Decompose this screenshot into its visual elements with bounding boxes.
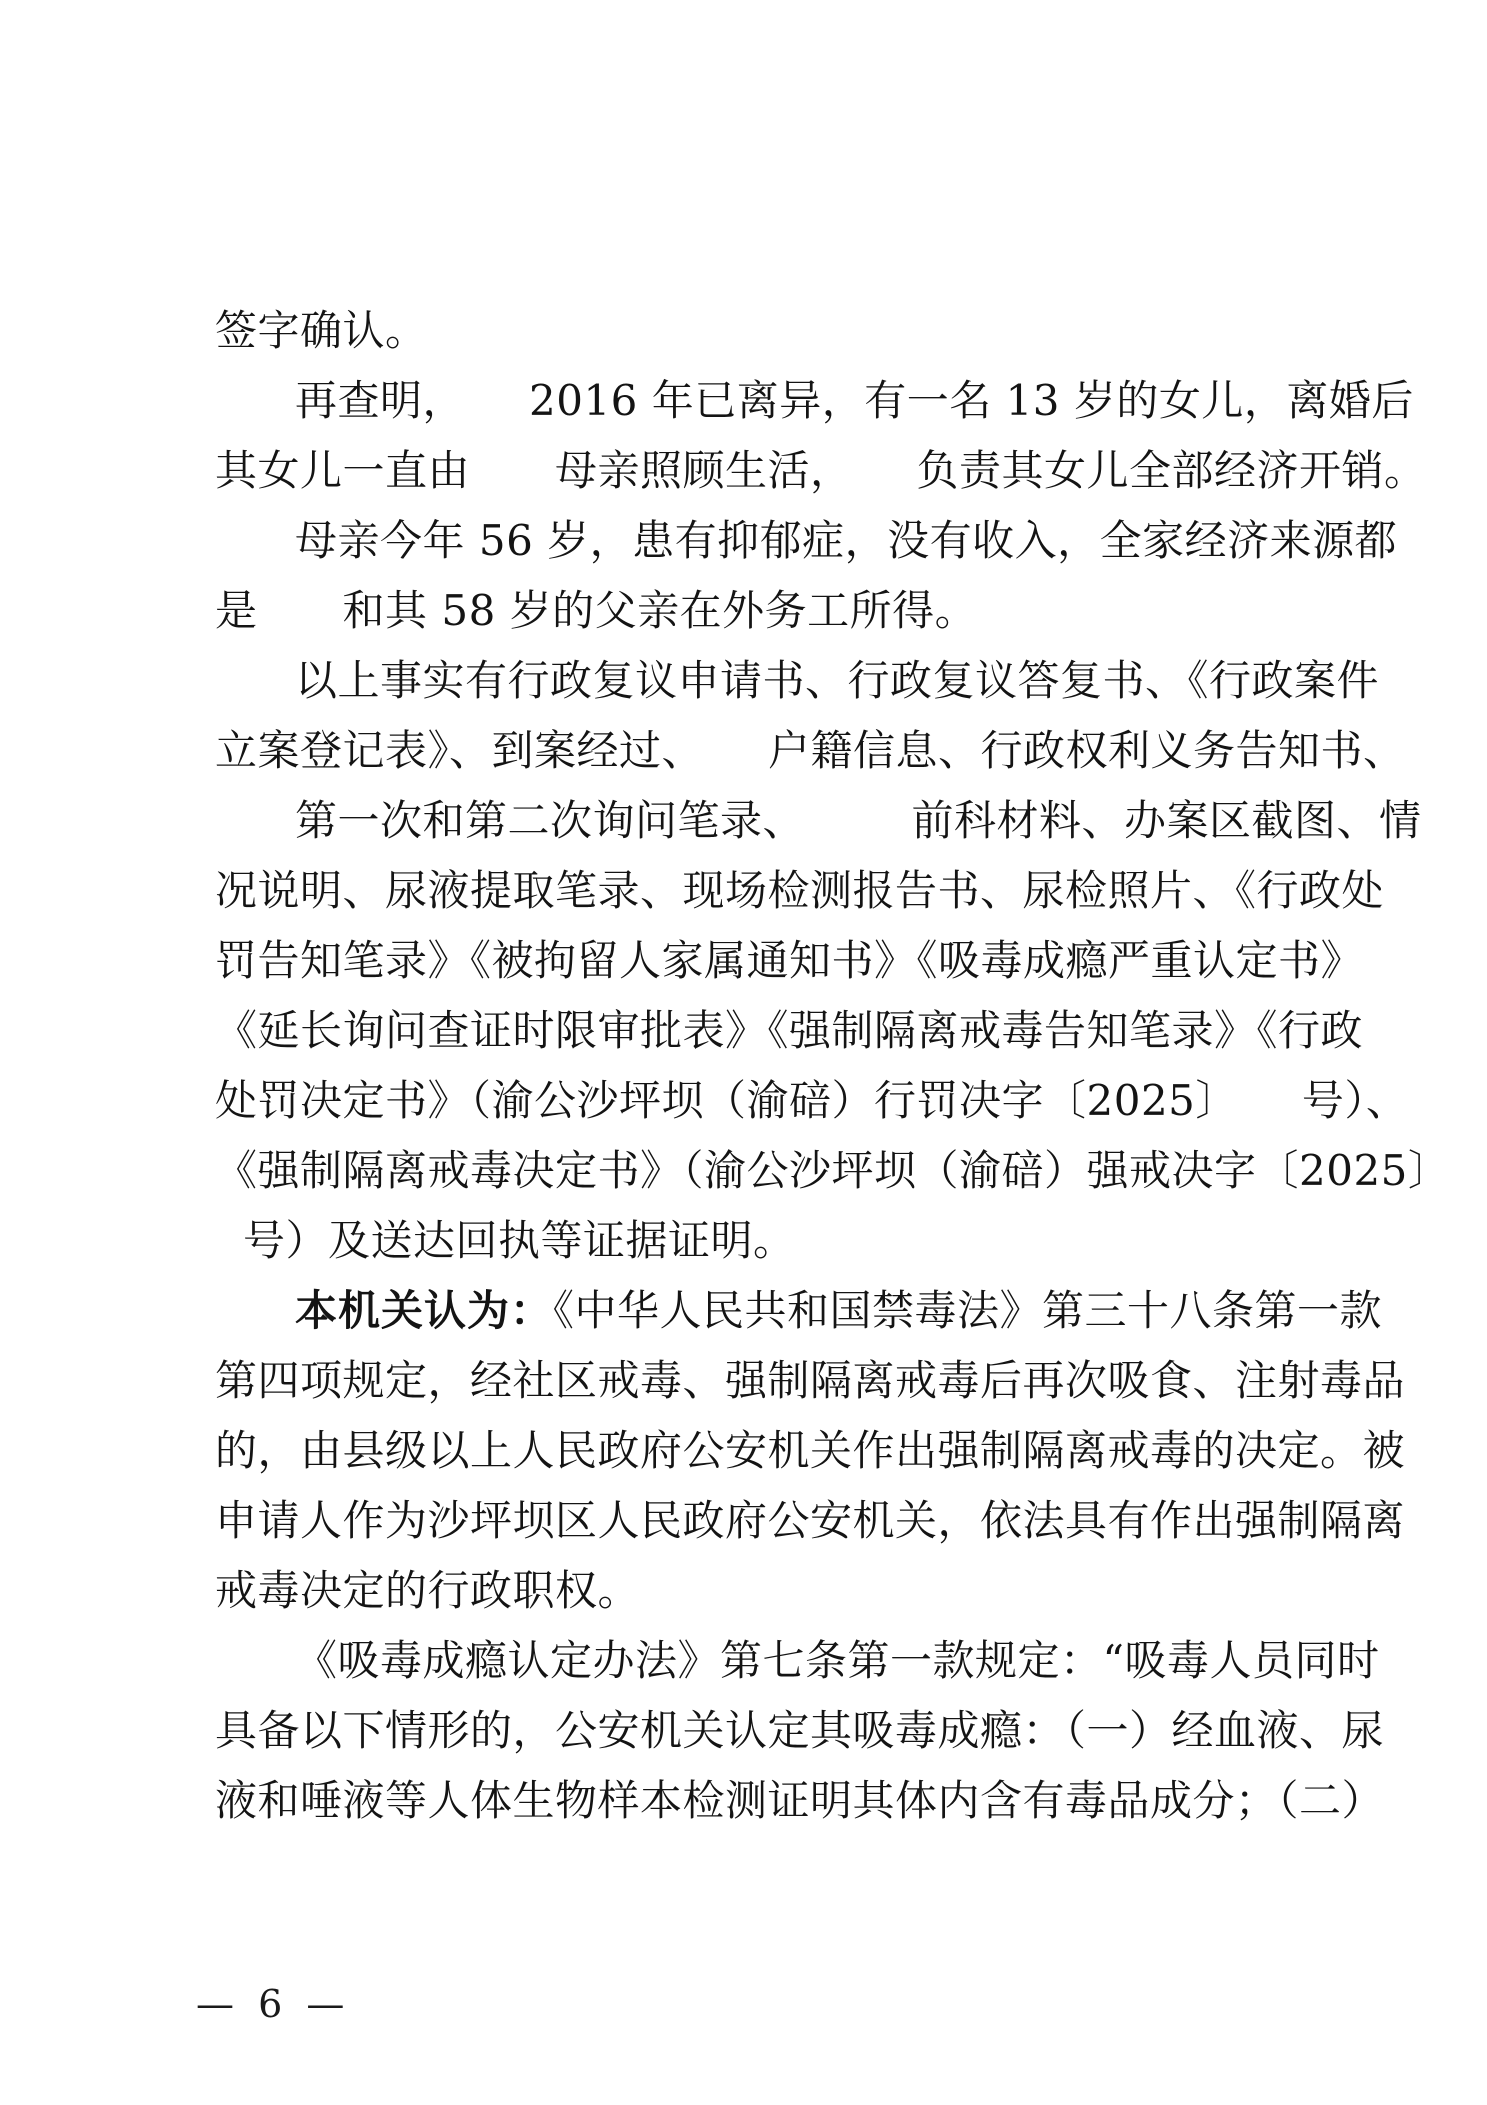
text-line: 签字确认。 [215, 296, 1325, 366]
text-line: 以上事实有行政复议申请书、行政复议答复书、《行政案件 [215, 646, 1325, 716]
text-segment: 是 和其 58 岁的父亲在外务工所得。 [215, 586, 977, 635]
text-line: 《延长询问查证时限审批表》《强制隔离戒毒告知笔录》《行政 [215, 996, 1325, 1066]
text-segment: 《吸毒成瘾认定办法》第七条第一款规定：“吸毒人员同时 [295, 1636, 1379, 1685]
text-line: 第四项规定，经社区戒毒、强制隔离戒毒后再次吸食、注射毒品 [215, 1346, 1325, 1416]
text-segment: 液和唾液等人体生物样本检测证明其体内含有毒品成分；（二） [215, 1776, 1384, 1825]
page-footer: — 6 — [196, 1982, 350, 2026]
text-line: 况说明、尿液提取笔录、现场检测报告书、尿检照片、《行政处 [215, 856, 1325, 926]
text-segment: 《延长询问查证时限审批表》《强制隔离戒毒告知笔录》《行政 [215, 1006, 1363, 1055]
text-line: 《吸毒成瘾认定办法》第七条第一款规定：“吸毒人员同时 [215, 1626, 1325, 1696]
text-line: 申请人作为沙坪坝区人民政府公安机关，依法具有作出强制隔离 [215, 1486, 1325, 1556]
text-segment: 《强制隔离戒毒决定书》（渝公沙坪坝（渝碚）强戒决字〔2025〕 [215, 1146, 1450, 1195]
text-line: 《强制隔离戒毒决定书》（渝公沙坪坝（渝碚）强戒决字〔2025〕 [215, 1136, 1325, 1206]
text-segment: 戒毒决定的行政职权。 [215, 1566, 640, 1615]
text-line: 第一次和第二次询问笔录、 前科材料、办案区截图、情 [215, 786, 1325, 856]
text-segment: 况说明、尿液提取笔录、现场检测报告书、尿检照片、《行政处 [215, 866, 1384, 915]
text-line: 母亲今年 56 岁，患有抑郁症，没有收入，全家经济来源都 [215, 506, 1325, 576]
bold-text-segment: 本机关认为： [295, 1286, 553, 1335]
text-line: 罚告知笔录》《被拘留人家属通知书》《吸毒成瘾严重认定书》 [215, 926, 1325, 996]
text-segment: 立案登记表》、到案经过、 户籍信息、行政权利义务告知书、 [215, 726, 1406, 775]
text-line: 是 和其 58 岁的父亲在外务工所得。 [215, 576, 1325, 646]
text-segment: 再查明， 2016 年已离异，有一名 13 岁的女儿，离婚后 [295, 376, 1414, 425]
text-line: 的，由县级以上人民政府公安机关作出强制隔离戒毒的决定。被 [215, 1416, 1325, 1486]
text-line: 本机关认为：《中华人民共和国禁毒法》第三十八条第一款 [215, 1276, 1325, 1346]
text-line: 戒毒决定的行政职权。 [215, 1556, 1325, 1626]
text-line: 液和唾液等人体生物样本检测证明其体内含有毒品成分；（二） [215, 1766, 1325, 1836]
text-segment: 《中华人民共和国禁毒法》第三十八条第一款 [553, 1286, 1382, 1335]
text-segment: 罚告知笔录》《被拘留人家属通知书》《吸毒成瘾严重认定书》 [215, 936, 1363, 985]
document-page: 签字确认。再查明， 2016 年已离异，有一名 13 岁的女儿，离婚后其女儿一直… [0, 0, 1487, 2105]
text-line: 再查明， 2016 年已离异，有一名 13 岁的女儿，离婚后 [215, 366, 1325, 436]
text-segment: 签字确认。 [215, 306, 428, 355]
text-segment: 以上事实有行政复议申请书、行政复议答复书、《行政案件 [295, 656, 1379, 705]
page-number: — 6 — [196, 1982, 350, 2026]
text-segment: 其女儿一直由 母亲照顾生活， 负责其女儿全部经济开销。 [215, 446, 1427, 495]
text-line: 其女儿一直由 母亲照顾生活， 负责其女儿全部经济开销。 [215, 436, 1325, 506]
text-line: 处罚决定书》（渝公沙坪坝（渝碚）行罚决字〔2025〕 号）、 [215, 1066, 1325, 1136]
text-segment: 第一次和第二次询问笔录、 前科材料、办案区截图、情 [295, 796, 1422, 845]
text-segment: 第四项规定，经社区戒毒、强制隔离戒毒后再次吸食、注射毒品 [215, 1356, 1405, 1405]
text-line: 具备以下情形的，公安机关认定其吸毒成瘾：（一）经血液、尿 [215, 1696, 1325, 1766]
text-segment: 处罚决定书》（渝公沙坪坝（渝碚）行罚决字〔2025〕 号）、 [215, 1076, 1408, 1125]
text-line: 立案登记表》、到案经过、 户籍信息、行政权利义务告知书、 [215, 716, 1325, 786]
body-text: 签字确认。再查明， 2016 年已离异，有一名 13 岁的女儿，离婚后其女儿一直… [215, 296, 1325, 1836]
text-segment: 具备以下情形的，公安机关认定其吸毒成瘾：（一）经血液、尿 [215, 1706, 1384, 1755]
text-segment: 申请人作为沙坪坝区人民政府公安机关，依法具有作出强制隔离 [215, 1496, 1405, 1545]
text-line: 号）及送达回执等证据证明。 [215, 1206, 1325, 1276]
text-segment: 号）及送达回执等证据证明。 [243, 1216, 796, 1265]
text-segment: 母亲今年 56 岁，患有抑郁症，没有收入，全家经济来源都 [295, 516, 1397, 565]
text-segment: 的，由县级以上人民政府公安机关作出强制隔离戒毒的决定。被 [215, 1426, 1405, 1475]
